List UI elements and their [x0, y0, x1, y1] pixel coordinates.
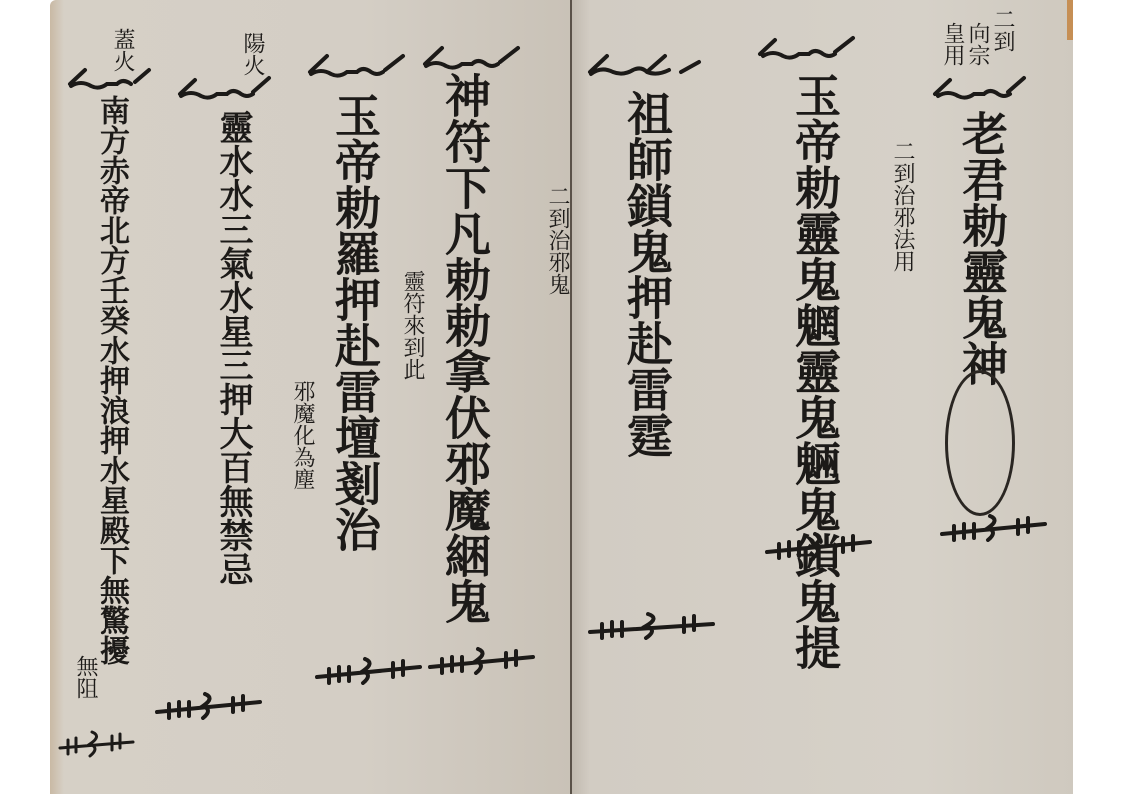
- column-nanfang: 南方赤帝北方壬癸水押浪押水星殿下無驚擾: [80, 95, 126, 665]
- column-yudi-left: 玉帝勅羅押赴雷壇剗治: [318, 92, 378, 552]
- talisman-head-mark-icon: [930, 72, 1030, 102]
- talisman-head-mark-icon: [175, 72, 275, 102]
- column-yudi-right: 玉帝勅靈鬼魍靈鬼魎鬼鎖鬼提: [778, 72, 838, 670]
- column-laojun: 老君勅靈鬼神: [945, 110, 1005, 386]
- column-zushi: 祖師鎖鬼押赴雷霆: [610, 90, 670, 458]
- note-lingfu: 靈符來到此: [395, 270, 423, 380]
- talisman-head-mark-icon: [305, 50, 415, 80]
- talisman-tail-mark-icon: [155, 690, 265, 720]
- talisman-head-mark-icon: [420, 42, 530, 72]
- note-line-3: 皇用: [935, 22, 963, 66]
- page-edge-tab: [1067, 0, 1073, 40]
- heading-yang: 陽火: [235, 32, 263, 76]
- talisman-tail-mark-icon: [588, 610, 718, 640]
- talisman-tail-mark-icon: [428, 645, 538, 675]
- talisman-tail-mark-icon: [765, 530, 875, 560]
- column-shuixing: 靈水水三氣水星三押大百無禁忌: [200, 110, 250, 586]
- talisman-head-mark-icon: [755, 32, 865, 62]
- talisman-tail-mark-icon: [58, 728, 138, 758]
- talisman-head-mark-icon: [65, 62, 155, 92]
- note-xiemo: 邪魔化為塵: [285, 380, 313, 490]
- note-wuzu: 無阻: [68, 655, 96, 699]
- book-spine: [570, 0, 572, 794]
- talisman-head-mark-icon: [585, 50, 705, 80]
- note-zhixiegui: 二到治邪鬼: [540, 185, 568, 295]
- column-shenfu: 神符下凡勅勅拿伏邪魔綑鬼: [428, 72, 488, 624]
- note-zhixie: 二到治邪法用: [885, 140, 913, 272]
- open-book: 二到 向宗 皇用 老君勅靈鬼神 二到治邪法用 玉帝勅靈鬼魍靈鬼魎鬼鎖鬼提 祖師鎖…: [50, 0, 1073, 794]
- talisman-tail-mark-icon: [940, 512, 1050, 542]
- circled-guishen: [945, 370, 1015, 516]
- talisman-tail-mark-icon: [315, 655, 425, 685]
